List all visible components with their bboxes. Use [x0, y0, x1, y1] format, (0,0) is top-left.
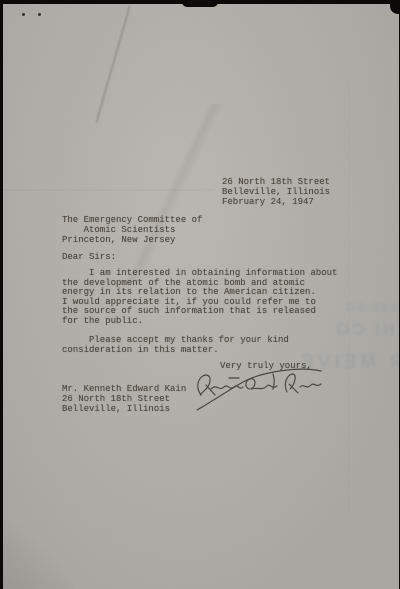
salutation: Dear Sirs:: [62, 253, 116, 263]
ghost-stamp-line: THI CO: [333, 320, 399, 340]
paper-crease: [3, 187, 213, 193]
scan-edge-artifact: [182, 0, 218, 7]
paper-fold-line: [347, 84, 351, 514]
letter-paper: 8888 SO THI CO R MEIVE 26 North 18th Str…: [3, 4, 399, 589]
staple-mark: [22, 13, 25, 16]
scanned-letter-page: 8888 SO THI CO R MEIVE 26 North 18th Str…: [0, 0, 400, 589]
letter-body: I am interested in obtaining information…: [62, 269, 337, 355]
corner-shadow: [3, 519, 73, 589]
paper-crease: [96, 4, 130, 125]
sender-address-block: 26 North 18th Street Belleville, Illinoi…: [222, 178, 330, 207]
recipient-address-block: The Emergency Committee of Atomic Scient…: [62, 216, 202, 245]
signature-script: [189, 364, 329, 414]
sender-signature-block: Mr. Kenneth Edward Kain 26 North 18th St…: [62, 385, 186, 414]
ghost-stamp-line: 8888 SO: [344, 300, 399, 314]
staple-mark: [38, 13, 41, 16]
